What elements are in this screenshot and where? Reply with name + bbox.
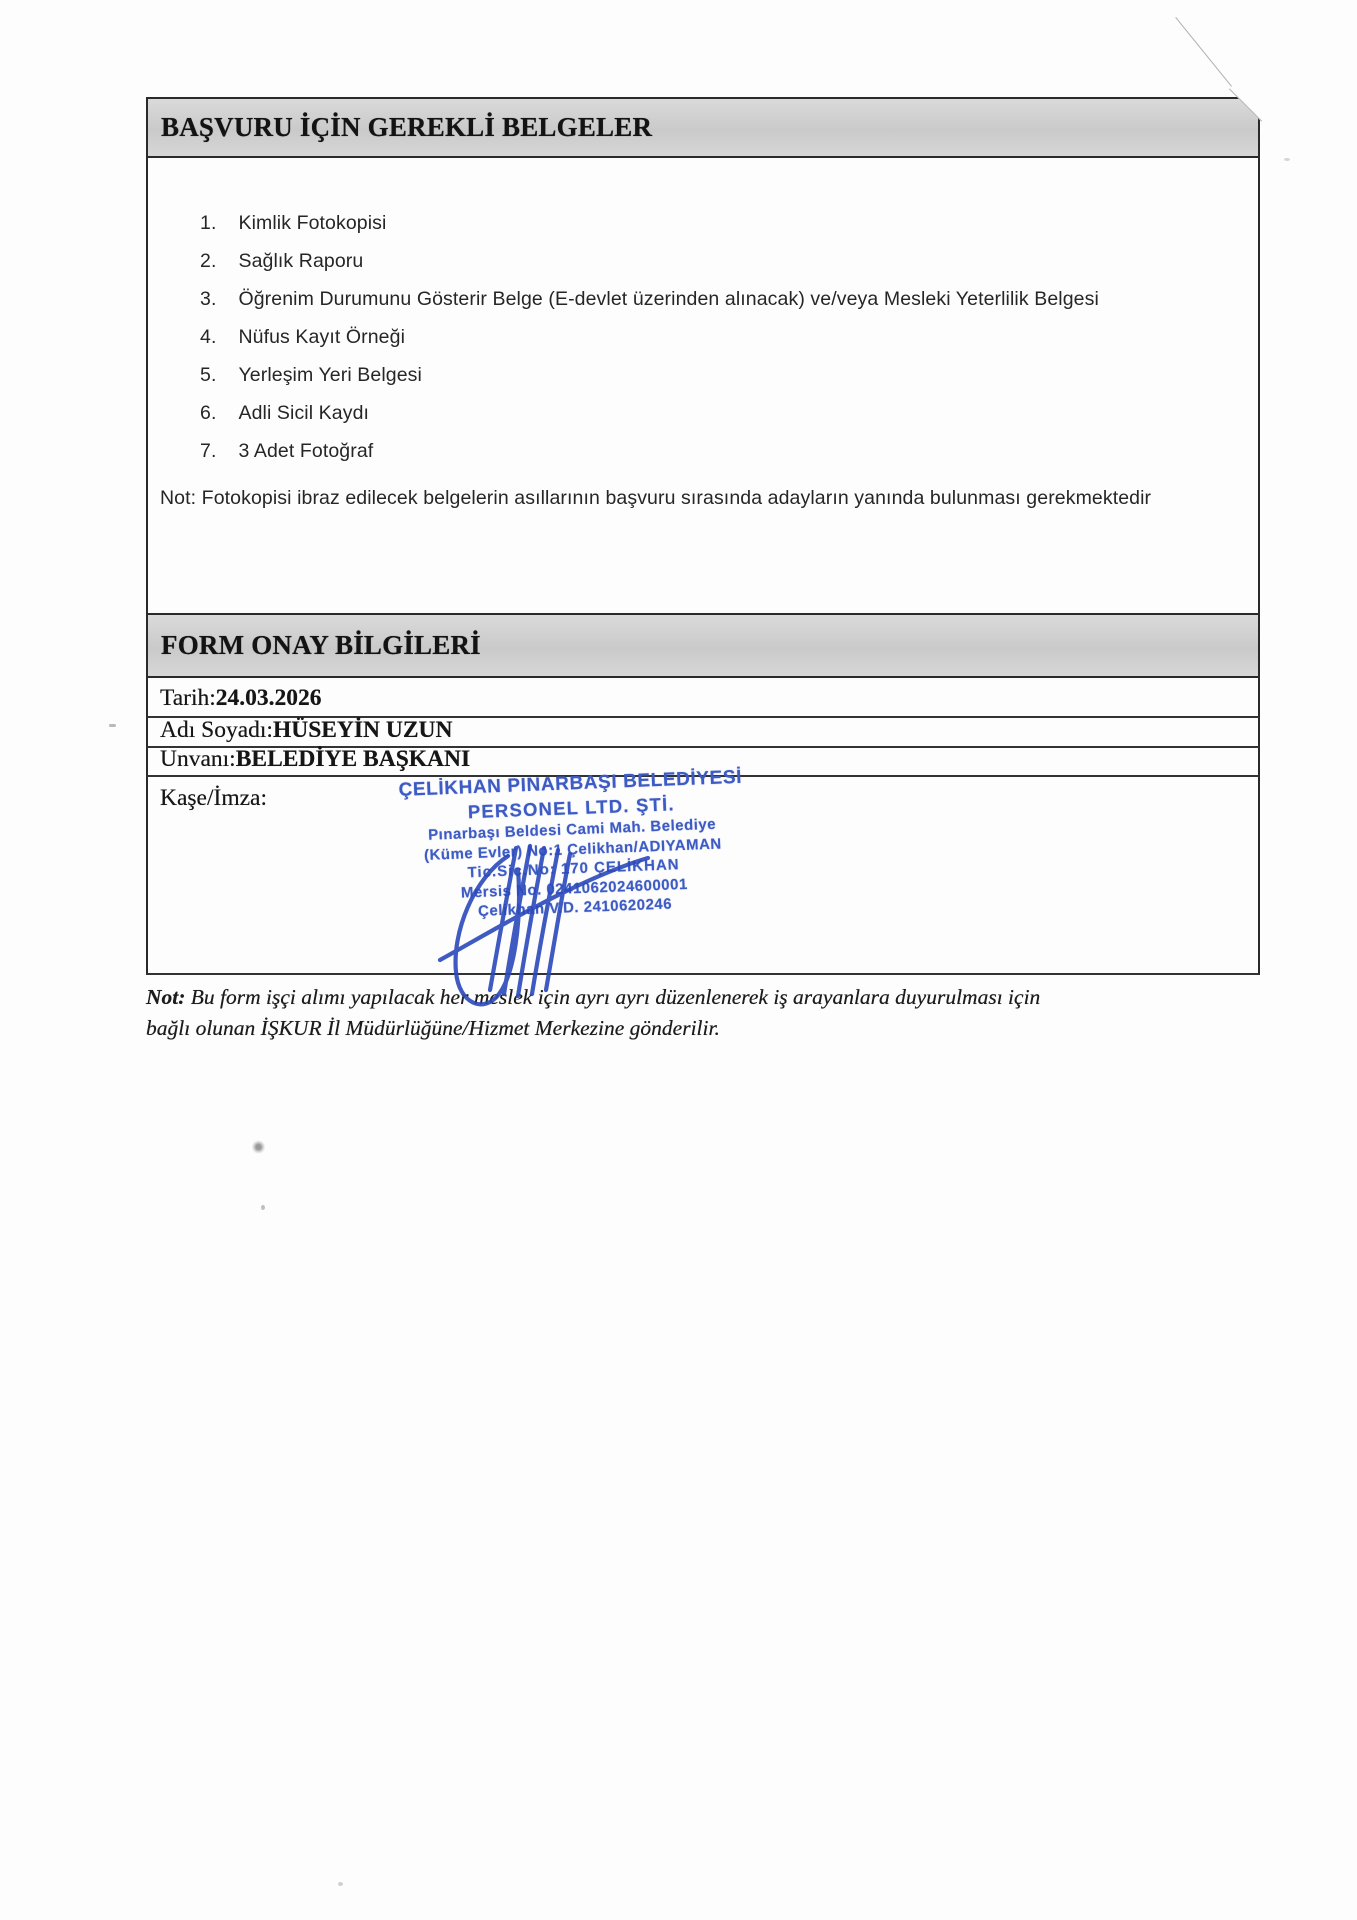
row-label: Tarih:	[160, 685, 216, 712]
required-documents-body: 1.Kimlik Fotokopisi 2.Sağlık Raporu 3.Öğ…	[146, 158, 1260, 613]
row-value: 24.03.2026	[216, 685, 322, 712]
table-row-stamp-signature: Kaşe/İmza: ÇELİKHAN PINARBAŞI BELEDİYESİ…	[146, 777, 1260, 975]
footer-note-label: Not:	[146, 985, 185, 1009]
form-approval-section: FORM ONAY BİLGİLERİ Tarih:24.03.2026 Adı…	[146, 613, 1260, 975]
section-header-title: FORM ONAY BİLGİLERİ	[161, 630, 481, 661]
list-item-number: 1.	[200, 212, 238, 234]
list-item: 5.Yerleşim Yeri Belgesi	[160, 364, 1160, 386]
scan-artifact	[252, 1140, 265, 1154]
section-header-basvuru: BAŞVURU İÇİN GEREKLİ BELGELER	[146, 97, 1260, 158]
list-item: 4.Nüfus Kayıt Örneği	[160, 326, 1160, 348]
row-value: BELEDİYE BAŞKANI	[236, 746, 470, 773]
section-header-title: BAŞVURU İÇİN GEREKLİ BELGELER	[161, 112, 652, 143]
list-item: 6.Adli Sicil Kaydı	[160, 402, 1160, 424]
list-item: 3.Öğrenim Durumunu Gösterir Belge (E-dev…	[160, 288, 1160, 310]
scan-artifact	[1284, 158, 1290, 161]
list-item-number: 5.	[200, 364, 238, 386]
list-item-text: Sağlık Raporu	[238, 250, 363, 272]
scan-artifact	[261, 1205, 265, 1210]
section-header-form-onay: FORM ONAY BİLGİLERİ	[146, 613, 1260, 678]
required-documents-section: BAŞVURU İÇİN GEREKLİ BELGELER 1.Kimlik F…	[146, 97, 1260, 613]
list-item-number: 6.	[200, 402, 238, 424]
list-item-text: 3 Adet Fotoğraf	[238, 440, 373, 462]
list-item-number: 2.	[200, 250, 238, 272]
row-value: HÜSEYİN UZUN	[273, 717, 453, 744]
list-item-text: Öğrenim Durumunu Gösterir Belge (E-devle…	[238, 288, 1098, 310]
list-item-number: 7.	[200, 440, 238, 462]
list-item-number: 3.	[200, 288, 238, 310]
scanned-document-page: BAŞVURU İÇİN GEREKLİ BELGELER 1.Kimlik F…	[0, 0, 1357, 1920]
list-item-text: Kimlik Fotokopisi	[238, 212, 386, 234]
row-label: Adı Soyadı:	[160, 717, 273, 744]
list-item-text: Yerleşim Yeri Belgesi	[238, 364, 421, 386]
signature	[424, 832, 656, 1018]
list-item: 1.Kimlik Fotokopisi	[160, 212, 1160, 234]
list-item-number: 4.	[200, 326, 238, 348]
section1-note: Not: Fotokopisi ibraz edilecek belgeleri…	[160, 484, 1222, 512]
scan-artifact	[338, 1882, 343, 1886]
list-item: 7.3 Adet Fotoğraf	[160, 440, 1160, 462]
table-row-date: Tarih:24.03.2026	[146, 678, 1260, 718]
list-item-text: Adli Sicil Kaydı	[238, 402, 369, 424]
table-row-name: Adı Soyadı:HÜSEYİN UZUN	[146, 718, 1260, 748]
list-item-text: Nüfus Kayıt Örneği	[238, 326, 405, 348]
scan-artifact	[109, 724, 116, 727]
list-item: 2.Sağlık Raporu	[160, 250, 1160, 272]
row-label: Kaşe/İmza:	[160, 785, 267, 812]
row-label: Unvanı:	[160, 746, 236, 773]
